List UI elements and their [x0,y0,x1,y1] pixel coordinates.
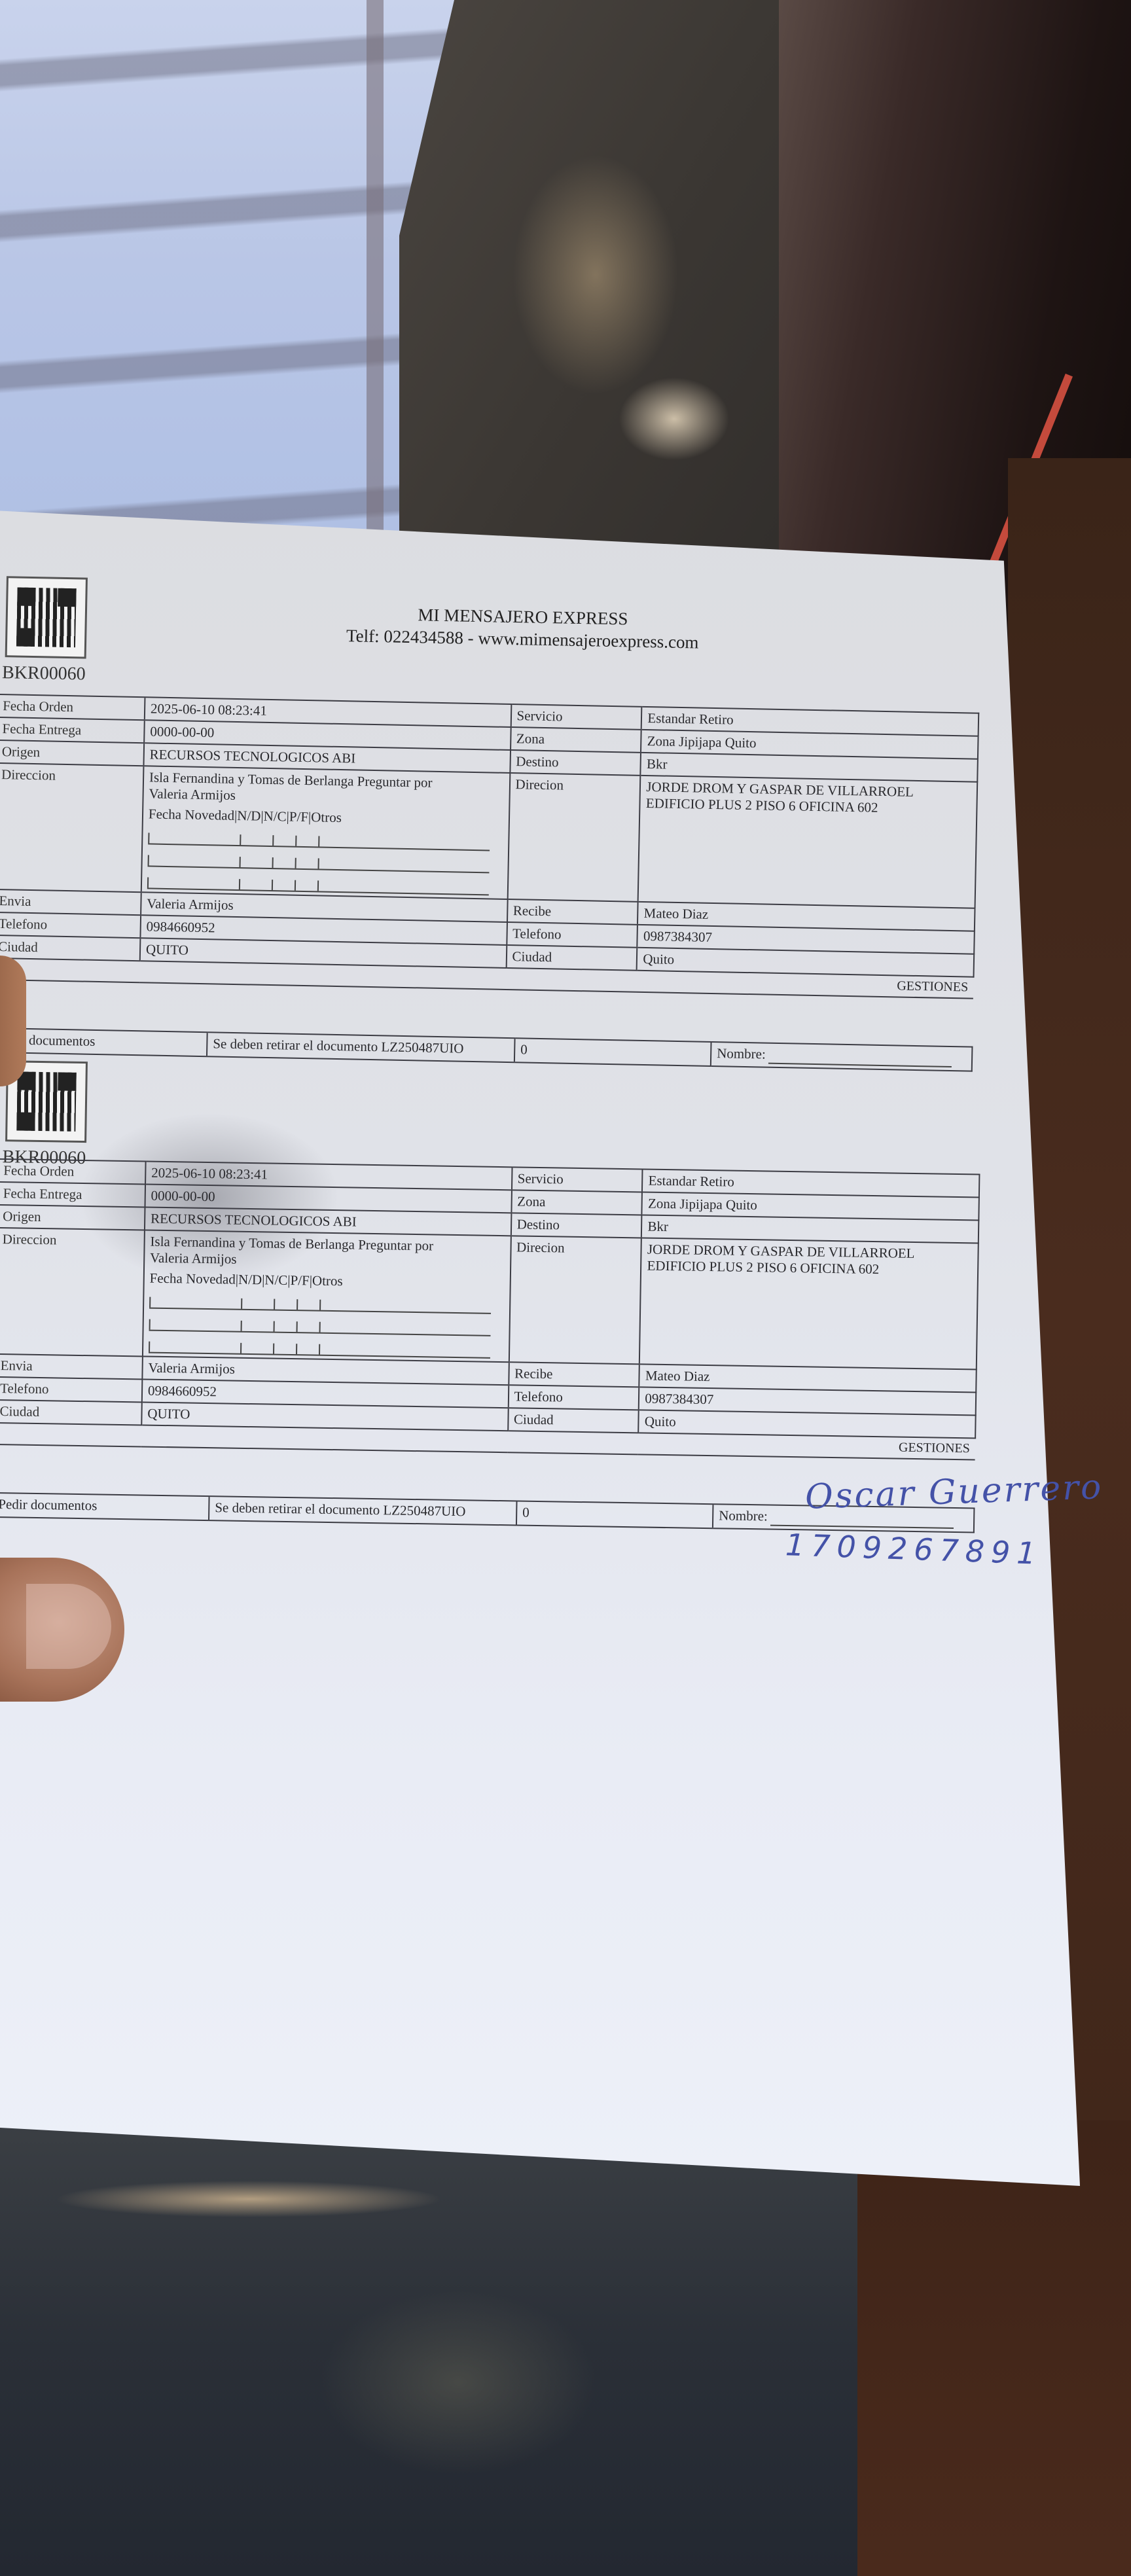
label-servicio: Servicio [511,704,642,730]
label-ciudad-destino: Ciudad [508,1408,639,1433]
value-documentos: Se deben retirar el documento LZ250487UI… [209,1496,517,1525]
value-direcion-destino: JORDE DROM Y GASPAR DE VILLARROEL EDIFIC… [638,776,977,908]
label-telefono-destino: Telefono [508,1385,639,1410]
label-telefono-destino: Telefono [507,922,638,948]
value-gestiones-count: 0 [514,1038,711,1066]
row-direccion: Direccion Isla Fernandina y Tomas de Ber… [0,1228,978,1370]
label-recibe: Recibe [507,899,639,925]
label-ciudad: Ciudad [0,1400,142,1425]
label-documentos: Pedir documentos [0,1028,207,1056]
label-documentos: Pedir documentos [0,1493,209,1520]
label-direccion: Direccion [0,1228,145,1357]
nombre-field[interactable]: Nombre: [711,1042,973,1071]
delivery-guide-copy-1: BKR00060 MI MENSAJERO EXPRESS Telf: 0224… [0,576,995,713]
label-origen: Origen [0,740,144,766]
label-fecha-entrega: Fecha Entrega [0,717,145,743]
label-telefono: Telefono [0,912,141,938]
row-direccion: Direccion Isla Fernandina y Tomas de Ber… [0,763,977,908]
value-direccion: Isla Fernandina y Tomas de Berlanga Preg… [143,1230,511,1363]
label-direccion: Direccion [0,763,143,892]
label-direcion-destino: Direcion [509,1236,641,1364]
background-marble-table [0,2120,871,2576]
label-destino: Destino [511,1213,641,1238]
label-fecha-orden: Fecha Orden [0,1159,145,1185]
value-documentos: Se deben retirar el documento LZ250487UI… [207,1032,515,1062]
label-envia: Envia [0,889,141,915]
label-zona: Zona [511,1190,642,1215]
qr-code-icon [5,576,88,658]
label-envia: Envia [0,1354,143,1380]
value-direccion: Isla Fernandina y Tomas de Berlanga Preg… [141,766,510,899]
value-direcion-destino: JORDE DROM Y GASPAR DE VILLARROEL EDIFIC… [639,1238,978,1369]
delivery-guide-copy-2: BKR00060 Fecha Orden 2025-06-10 08:23:41… [0,1060,995,1194]
company-block: MI MENSAJERO EXPRESS Telf: 022434588 - w… [339,602,706,654]
guide-table: Fecha Orden 2025-06-10 08:23:41 Servicio… [0,1158,980,1461]
background-window-frame [367,0,384,589]
value-gestiones-count: 0 [516,1501,713,1528]
form-header: BKR00060 MI MENSAJERO EXPRESS Telf: 0224… [0,576,995,713]
label-recibe: Recibe [509,1362,639,1387]
label-origen: Origen [0,1205,145,1230]
label-destino: Destino [510,750,641,776]
nombre-signature-line[interactable] [768,1046,952,1067]
label-fecha-orden: Fecha Orden [0,694,145,720]
background-wood-floor [857,2120,1131,2576]
guide-code: BKR00060 [2,662,86,685]
label-telefono: Telefono [0,1377,142,1403]
label-nombre: Nombre: [717,1045,766,1062]
label-servicio: Servicio [511,1167,642,1192]
label-ciudad: Ciudad [0,935,140,961]
novedad-line[interactable] [149,1331,490,1359]
thumb-nail [26,1584,111,1669]
label-ciudad-destino: Ciudad [506,945,637,971]
label-zona: Zona [511,727,642,753]
label-nombre: Nombre: [719,1507,768,1524]
label-direcion-destino: Direcion [507,773,641,902]
finger [0,956,26,1086]
guide-table: Fecha Orden 2025-06-10 08:23:41 Servicio… [0,694,979,999]
label-fecha-entrega: Fecha Entrega [0,1182,145,1207]
